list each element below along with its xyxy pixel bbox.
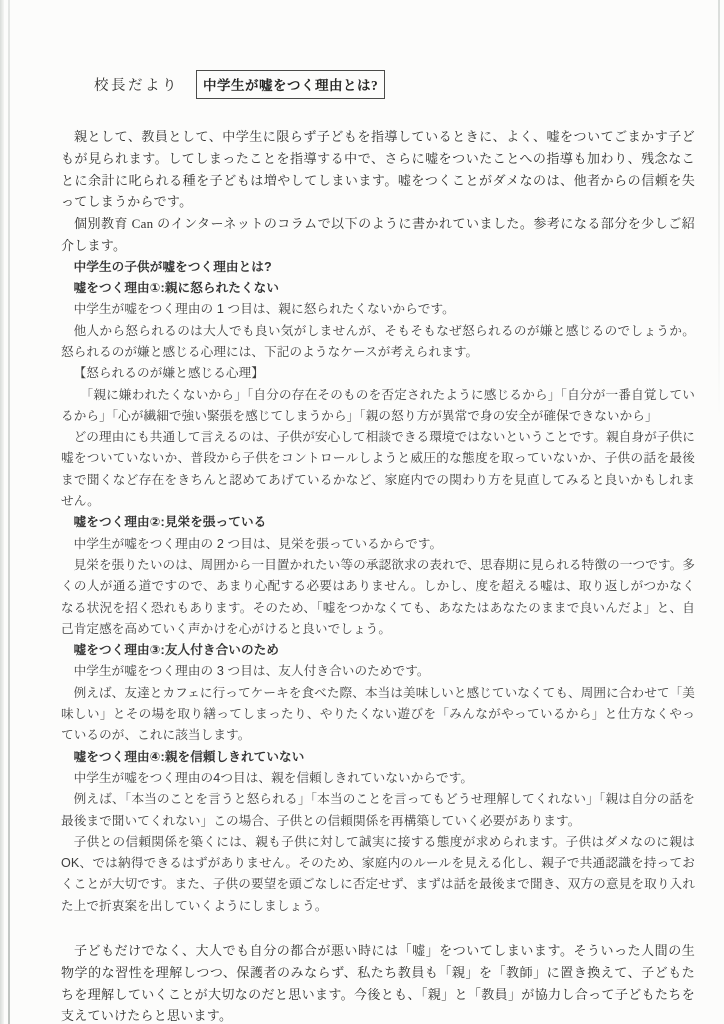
intro-paragraph-1: 親として、教員として、中学生に限らず子どもを指導しているときに、よく、嘘をついて…: [61, 126, 695, 213]
article-title-box: 中学生が嘘をつく理由とは?: [196, 70, 385, 99]
reason1-paragraph-1: 中学生が嘘をつく理由の 1 つ目は、親に怒られたくないからです。: [61, 299, 695, 320]
reason2-paragraph-1: 中学生が嘘をつく理由の 2 つ目は、見栄を張っているからです。: [61, 534, 695, 555]
reason1-bracket-heading: 【怒られるのが嫌と感じる心理】: [61, 363, 695, 384]
reason1-paragraph-2: 他人から怒られるのは大人でも良い気がしませんが、そもそもなぜ怒られるのが嫌と感じ…: [61, 321, 695, 364]
closing-paragraph: 子どもだけでなく、大人でも自分の都合が悪い時には「嘘」をついてしまいます。そうい…: [61, 940, 695, 1024]
reason2-paragraph-2: 見栄を張りたいのは、周囲から一目置かれたい等の承認欲求の表れで、思春期に見られる…: [61, 555, 695, 640]
document-header: 校長だより 中学生が嘘をつく理由とは?: [94, 70, 695, 99]
column-title: 中学生の子供が嘘をつく理由とは?: [61, 257, 695, 278]
reason3-paragraph-2: 例えば、友達とカフェに行ってケーキを食べた際、本当は美味しいと感じていなくても、…: [61, 683, 695, 747]
reason4-paragraph-3: 子供との信頼関係を築くには、親も子供に対して誠実に接する態度が求められます。子供…: [61, 832, 695, 917]
scan-line-artifact-right: [718, 0, 720, 420]
scan-line-artifact-left: [8, 0, 10, 1024]
reason4-paragraph-1: 中学生が嘘をつく理由の4つ目は、親を信頼しきれていないからです。: [61, 768, 695, 789]
intro-paragraph-2: 個別教育 Can のインターネットのコラムで以下のように書かれていました。参考に…: [61, 213, 695, 257]
newsletter-name: 校長だより: [94, 74, 179, 95]
reason3-heading: 嘘をつく理由③:友人付き合いのため: [61, 640, 695, 661]
reason4-paragraph-2: 例えば、「本当のことを言うと怒られる」「本当のことを言ってもどうせ理解してくれな…: [61, 789, 695, 832]
reason1-paragraph-3: どの理由にも共通して言えるのは、子供が安心して相談できる環境ではないということで…: [61, 427, 695, 512]
scanned-document-page: 校長だより 中学生が嘘をつく理由とは? 親として、教員として、中学生に限らず子ど…: [0, 0, 724, 1024]
reason3-paragraph-1: 中学生が嘘をつく理由の 3 つ目は、友人付き合いのためです。: [61, 661, 695, 682]
reason1-heading: 嘘をつく理由①:親に怒られたくない: [61, 278, 695, 299]
reason2-heading: 嘘をつく理由②:見栄を張っている: [61, 512, 695, 533]
scan-edge-artifact-left: [0, 0, 4, 1024]
reason1-quote-list: 「親に嫌われたくないから」「自分の存在そのものを否定されたように感じるから」「自…: [61, 385, 695, 428]
reason4-heading: 嘘をつく理由④:親を信頼しきれていない: [61, 747, 695, 768]
document-body: 校長だより 中学生が嘘をつく理由とは? 親として、教員として、中学生に限らず子ど…: [61, 70, 695, 1024]
